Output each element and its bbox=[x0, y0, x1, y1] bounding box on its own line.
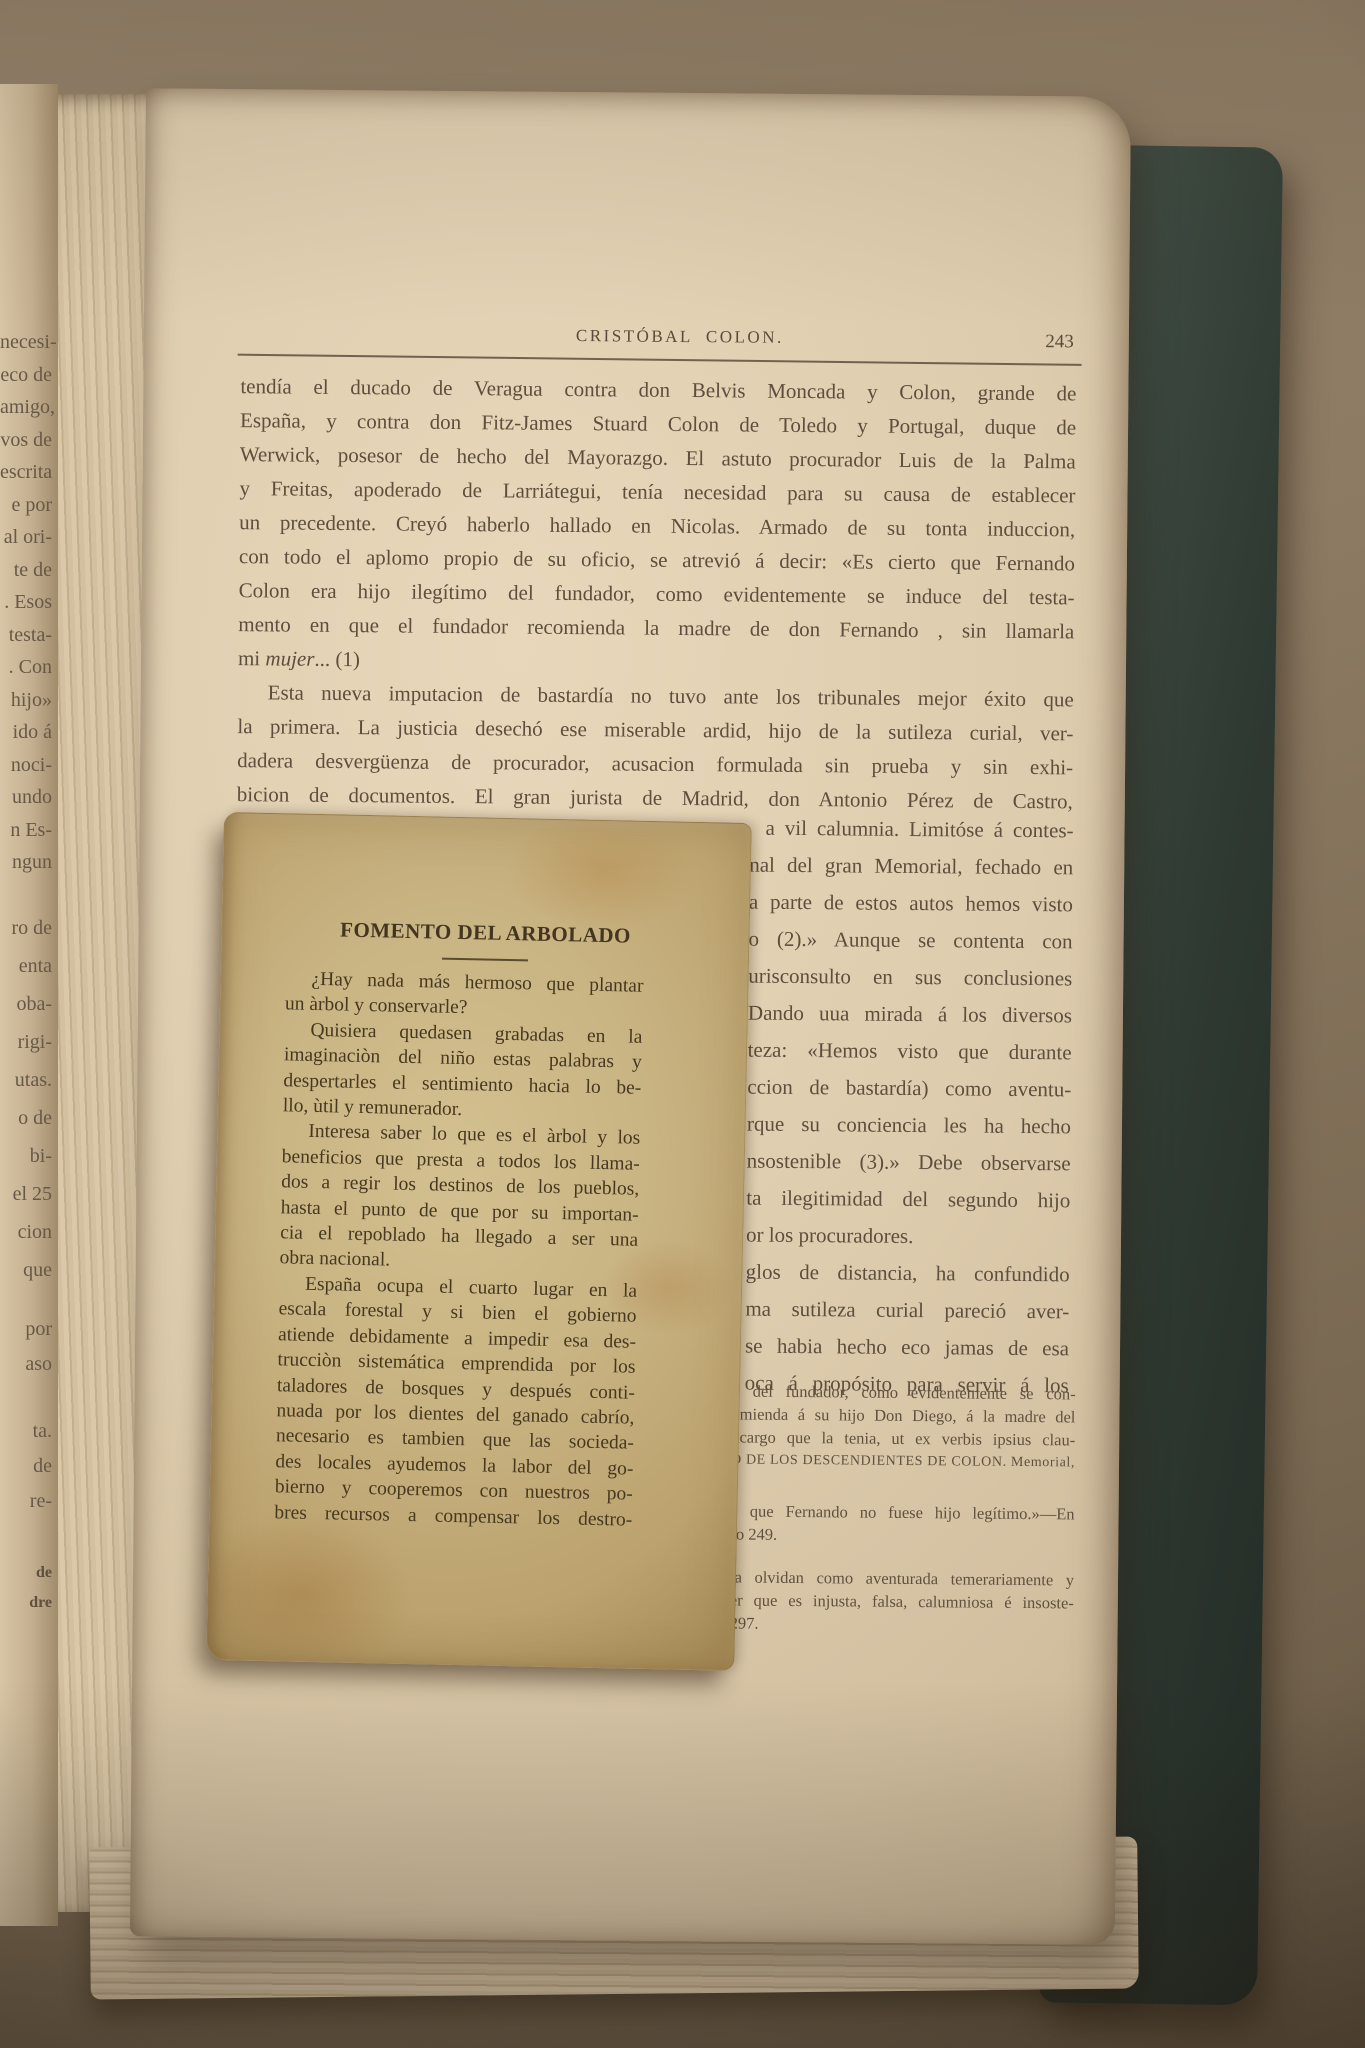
verso-fragment-group: necesi- eco de amigo, vos de escrita e p… bbox=[0, 326, 52, 879]
footnotes: o del fundador, como evidentemente se co… bbox=[730, 1379, 1076, 1637]
footnote-line: 297. bbox=[730, 1611, 1074, 1637]
verso-line: de bbox=[0, 1449, 52, 1484]
verso-line: al ori- bbox=[0, 521, 52, 554]
italic-word: mujer bbox=[265, 646, 314, 670]
text-fragment: nal del gran Memorial, fechado en bbox=[749, 847, 1073, 887]
verso-line: oba- bbox=[0, 985, 52, 1023]
verso-line: utas. bbox=[0, 1061, 52, 1099]
verso-line: aso bbox=[0, 1347, 52, 1382]
verso-line: n Es- bbox=[0, 814, 52, 847]
verso-line: por bbox=[0, 1312, 52, 1347]
verso-fragment-group: ro de enta oba- rigi- utas. o de bi- el … bbox=[0, 909, 52, 1289]
verso-line: el 25 bbox=[0, 1175, 52, 1213]
verso-fragment-group: por aso bbox=[0, 1312, 52, 1382]
verso-line: noci- bbox=[0, 749, 52, 782]
text-fragment: o (2).» Aunque se contenta con bbox=[748, 921, 1072, 961]
verso-line: re- bbox=[0, 1484, 52, 1519]
verso-fragment-group: ta. de re- bbox=[0, 1414, 52, 1519]
pamphlet: FOMENTO DEL ARBOLADO ¿Hay nada más hermo… bbox=[206, 812, 752, 1671]
body-line-text: mi bbox=[238, 646, 266, 670]
verso-line: ido á bbox=[0, 716, 52, 749]
verso-line: de bbox=[0, 1558, 52, 1588]
verso-line: ta. bbox=[0, 1414, 52, 1449]
verso-line: undo bbox=[0, 781, 52, 814]
footnote-line: omienda á su hijo Don Diego, á la madre … bbox=[731, 1402, 1075, 1428]
text-fragment: urisconsulto en sus conclusiones bbox=[748, 958, 1072, 998]
text-fragment: a vil calumnia. Limitóse á contes- bbox=[765, 810, 1073, 850]
opposite-page-text-fragments: necesi- eco de amigo, vos de escrita e p… bbox=[0, 326, 52, 1618]
verso-line: necesi- bbox=[0, 326, 52, 359]
verso-line: . Esos bbox=[0, 586, 52, 619]
footnote-line: e que Fernando no fuese hijo legítimo.»—… bbox=[731, 1499, 1075, 1525]
footnote-line: ncargo que la tenia, ut ex verbis ipsius… bbox=[731, 1425, 1075, 1451]
text-fragment: nsostenible (3).» Debe observarse bbox=[747, 1143, 1071, 1183]
verso-line: ro de bbox=[0, 909, 52, 947]
pamphlet-title: FOMENTO DEL ARBOLADO bbox=[222, 915, 748, 951]
footnote-line: fo 249. bbox=[730, 1522, 1074, 1548]
verso-line: dre bbox=[0, 1588, 52, 1618]
verso-line: escrita bbox=[0, 456, 52, 489]
verso-line: hijo» bbox=[0, 684, 52, 717]
book-photo: necesi- eco de amigo, vos de escrita e p… bbox=[0, 0, 1365, 2048]
verso-line: o de bbox=[0, 1099, 52, 1137]
text-fragment: se habia hecho eco jamas de esa bbox=[745, 1328, 1069, 1368]
verso-line: ngun bbox=[0, 846, 52, 879]
page-number: 243 bbox=[1045, 331, 1074, 353]
text-fragment: glos de distancia, ha confundido bbox=[746, 1254, 1070, 1294]
verso-line: . Con bbox=[0, 651, 52, 684]
body-text: tendía el ducado de Veragua contra don B… bbox=[237, 369, 1077, 818]
footnote-line: O DE LOS DESCENDIENTES DE COLON. Memoria… bbox=[731, 1448, 1075, 1474]
page-title: CRISTÓBAL COLON. bbox=[280, 323, 1080, 350]
verso-line: vos de bbox=[0, 424, 52, 457]
text-fragment: ma sutileza curial pareció aver- bbox=[745, 1291, 1069, 1331]
verso-line: te de bbox=[0, 554, 52, 587]
verso-fragment-group: de dre bbox=[0, 1558, 52, 1618]
footnote-line: la olvidan como aventurada temerariament… bbox=[730, 1565, 1074, 1591]
verso-line: eco de bbox=[0, 359, 52, 392]
verso-line: e por bbox=[0, 489, 52, 522]
text-fragment: rque su conciencia les ha hecho bbox=[747, 1106, 1071, 1146]
verso-line: amigo, bbox=[0, 391, 52, 424]
body-line: mento en que el fundador recomienda la m… bbox=[238, 607, 1074, 648]
verso-line: enta bbox=[0, 947, 52, 985]
text-fragment: teza: «Hemos visto que durante bbox=[747, 1032, 1071, 1072]
verso-line: que bbox=[0, 1251, 52, 1289]
pamphlet-title-rule bbox=[442, 958, 528, 962]
pamphlet-body: ¿Hay nada más hermoso que plantar un àrb… bbox=[274, 966, 644, 1532]
text-fragment: a parte de estos autos hemos visto bbox=[749, 884, 1073, 924]
footnote-line: o del fundador, como evidentemente se co… bbox=[732, 1379, 1076, 1405]
body-line-text: ... (1) bbox=[314, 647, 360, 671]
verso-line: bi- bbox=[0, 1137, 52, 1175]
verso-line: rigi- bbox=[0, 1023, 52, 1061]
text-fragment: Dando uua mirada á los diversos bbox=[748, 995, 1072, 1035]
text-fragment: or los procuradores. bbox=[746, 1217, 1070, 1257]
text-fragment: ccion de bastardía) como aventu- bbox=[747, 1069, 1071, 1109]
verso-line: cion bbox=[0, 1213, 52, 1251]
text-fragment: ta ilegitimidad del segundo hijo bbox=[746, 1180, 1070, 1220]
partially-covered-text-column: a vil calumnia. Limitóse á contes- nal d… bbox=[745, 810, 1074, 1405]
verso-line: testa- bbox=[0, 619, 52, 652]
footnote-line: er que es injusta, falsa, calumniosa é i… bbox=[730, 1588, 1074, 1614]
